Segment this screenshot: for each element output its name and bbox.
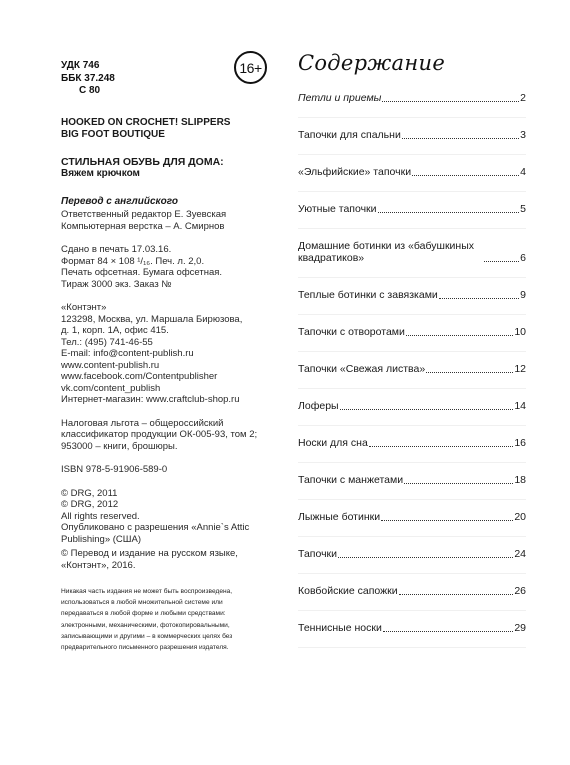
toc-entry[interactable]: Лоферы14 [298, 400, 526, 426]
tax-info: Налоговая льгота – общероссийский класси… [61, 418, 261, 453]
toc-entry-label: Уютные тапочки [298, 203, 377, 215]
author-mark: С 80 [61, 85, 261, 98]
classification-codes: УДК 746 ББК 37.248 С 80 [61, 60, 261, 98]
toc-entry-page: 20 [514, 511, 526, 523]
toc-entry-page: 3 [520, 129, 526, 141]
publisher-vk[interactable]: vk.com/content_publish [61, 383, 261, 395]
toc-entry-page: 6 [520, 252, 526, 264]
rights-notice-line: использоваться в любой множительной сист… [61, 597, 261, 608]
publisher-address: 123298, Москва, ул. Маршала Бирюзова, [61, 314, 261, 326]
publisher-address: д. 1, корп. 1А, офис 415. [61, 325, 261, 337]
toc-entry-label: Теннисные носки [298, 622, 382, 634]
dot-leader [406, 335, 513, 336]
publisher-info: «Контэнт» 123298, Москва, ул. Маршала Би… [61, 302, 261, 406]
publisher-email[interactable]: E-mail: info@content-publish.ru [61, 348, 261, 360]
translation-note: Перевод с английского [61, 196, 261, 208]
copyright-line: © DRG, 2011 [61, 488, 261, 500]
translation-copyright-line: «Контэнт», 2016. [61, 560, 261, 572]
toc-entry-label: Домашние ботинки из «бабушкиных квадрати… [298, 240, 483, 264]
tax-info-line: классификатор продукции ОК-005-93, том 2… [61, 429, 261, 441]
toc-entry-label: Тапочки для спальни [298, 129, 401, 141]
toc-entry[interactable]: «Эльфийские» тапочки4 [298, 166, 526, 192]
toc-entry-label: Носки для сна [298, 437, 368, 449]
toc-entry-label: Лыжные ботинки [298, 511, 380, 523]
copyright-line: Опубликовано с разрешения «Annie`s Attic [61, 522, 261, 534]
toc-entry[interactable]: Теплые ботинки с завязками9 [298, 289, 526, 315]
toc-entry-page: 2 [520, 92, 526, 104]
toc-entry-label: Теплые ботинки с завязками [298, 289, 438, 301]
rights-notice-line: передаваться в любой форме и любыми сред… [61, 608, 261, 619]
print-info-line: Формат 84 × 108 ¹/₁₆. Печ. л. 2,0. [61, 256, 261, 268]
toc-entry-label: Тапочки [298, 548, 337, 560]
rights-notice-line: записывающими и другими – в коммерческих… [61, 631, 261, 642]
dot-leader [382, 101, 519, 102]
copyright: © DRG, 2011 © DRG, 2012 All rights reser… [61, 488, 261, 546]
table-of-contents: Содержание Петли и приемы2Тапочки для сп… [298, 48, 526, 659]
original-title: HOOKED ON CROCHET! SLIPPERS BIG FOOT BOU… [61, 117, 261, 142]
toc-entry[interactable]: Домашние ботинки из «бабушкиных квадрати… [298, 240, 526, 278]
credits: Ответственный редактор Е. Зуевская Компь… [61, 209, 261, 232]
print-info-line: Сдано в печать 17.03.16. [61, 244, 261, 256]
toc-entry-label: Петли и приемы [298, 92, 381, 104]
publisher-shop[interactable]: Интернет-магазин: www.craftclub-shop.ru [61, 394, 261, 406]
toc-entry[interactable]: Тапочки с манжетами18 [298, 474, 526, 500]
translation-copyright: © Перевод и издание на русском языке, «К… [61, 548, 261, 571]
isbn: ISBN 978-5-91906-589-0 [61, 464, 261, 476]
toc-entry-page: 12 [514, 363, 526, 375]
rights-notice-line: Никакая часть издания не может быть восп… [61, 586, 261, 597]
dot-leader [383, 631, 513, 632]
copyright-line: Publishing» (США) [61, 534, 261, 546]
rights-notice: Никакая часть издания не может быть восп… [61, 586, 261, 653]
publisher-facebook[interactable]: www.facebook.com/Contentpublisher [61, 371, 261, 383]
dot-leader [412, 175, 519, 176]
original-title-line: HOOKED ON CROCHET! SLIPPERS [61, 117, 261, 130]
toc-entry[interactable]: Тапочки с отворотами10 [298, 326, 526, 352]
dot-leader [439, 298, 519, 299]
toc-entry[interactable]: Тапочки для спальни3 [298, 129, 526, 155]
rights-notice-line: предварительного письменного разрешения … [61, 642, 261, 653]
toc-entry[interactable]: Тапочки «Свежая листва»12 [298, 363, 526, 389]
toc-entry[interactable]: Ковбойские сапожки26 [298, 585, 526, 611]
publisher-website[interactable]: www.content-publish.ru [61, 360, 261, 372]
original-title-line: BIG FOOT BOUTIQUE [61, 129, 261, 142]
toc-entry-label: Ковбойские сапожки [298, 585, 398, 597]
toc-entry-page: 9 [520, 289, 526, 301]
toc-list: Петли и приемы2Тапочки для спальни3«Эльф… [298, 92, 526, 648]
print-info-line: Печать офсетная. Бумага офсетная. [61, 267, 261, 279]
toc-entry-page: 16 [514, 437, 526, 449]
russian-subtitle: Вяжем крючком [61, 168, 261, 180]
dot-leader [338, 557, 513, 558]
toc-entry[interactable]: Лыжные ботинки20 [298, 511, 526, 537]
toc-entry-label: Тапочки с манжетами [298, 474, 403, 486]
dot-leader [369, 446, 514, 447]
publisher-phone: Тел.: (495) 741-46-55 [61, 337, 261, 349]
copyright-line: © DRG, 2012 [61, 499, 261, 511]
print-info-line: Тираж 3000 экз. Заказ № [61, 279, 261, 291]
toc-entry-page: 24 [514, 548, 526, 560]
toc-entry-page: 18 [514, 474, 526, 486]
toc-entry-page: 26 [514, 585, 526, 597]
imprint-column: УДК 746 ББК 37.248 С 80 HOOKED ON CROCHE… [61, 60, 261, 653]
toc-entry-label: «Эльфийские» тапочки [298, 166, 411, 178]
dot-leader [404, 483, 513, 484]
toc-entry-page: 14 [514, 400, 526, 412]
credit-line: Ответственный редактор Е. Зуевская [61, 209, 261, 221]
toc-title: Содержание [298, 48, 526, 78]
rights-notice-line: электронными, механическими, фотокопиров… [61, 620, 261, 631]
bbk-code: ББК 37.248 [61, 73, 261, 86]
toc-entry[interactable]: Тапочки24 [298, 548, 526, 574]
copyright-line: All rights reserved. [61, 511, 261, 523]
dot-leader [399, 594, 514, 595]
toc-entry[interactable]: Теннисные носки29 [298, 622, 526, 648]
udk-code: УДК 746 [61, 60, 261, 73]
toc-entry[interactable]: Петли и приемы2 [298, 92, 526, 118]
toc-entry[interactable]: Носки для сна16 [298, 437, 526, 463]
dot-leader [402, 138, 519, 139]
translation-copyright-line: © Перевод и издание на русском языке, [61, 548, 261, 560]
print-info: Сдано в печать 17.03.16. Формат 84 × 108… [61, 244, 261, 290]
dot-leader [340, 409, 514, 410]
russian-title: СТИЛЬНАЯ ОБУВЬ ДЛЯ ДОМА: [61, 156, 261, 169]
toc-entry-label: Тапочки «Свежая листва» [298, 363, 425, 375]
toc-entry-page: 10 [514, 326, 526, 338]
credit-line: Компьютерная верстка – А. Смирнов [61, 221, 261, 233]
toc-entry-label: Тапочки с отворотами [298, 326, 405, 338]
tax-info-line: 953000 – книги, брошюры. [61, 441, 261, 453]
toc-entry-page: 5 [520, 203, 526, 215]
dot-leader [426, 372, 513, 373]
dot-leader [378, 212, 520, 213]
toc-entry-label: Лоферы [298, 400, 339, 412]
toc-entry-page: 4 [520, 166, 526, 178]
toc-entry[interactable]: Уютные тапочки5 [298, 203, 526, 229]
tax-info-line: Налоговая льгота – общероссийский [61, 418, 261, 430]
age-rating-badge: 16+ [234, 51, 267, 84]
dot-leader [381, 520, 513, 521]
toc-entry-page: 29 [514, 622, 526, 634]
publisher-name: «Контэнт» [61, 302, 261, 314]
dot-leader [484, 261, 519, 262]
